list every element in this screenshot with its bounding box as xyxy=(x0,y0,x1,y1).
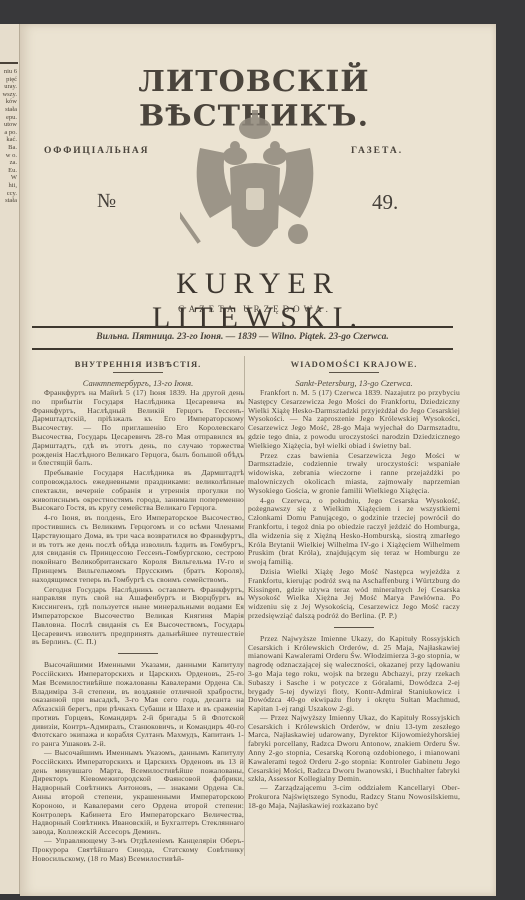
article-paragraph: Сегодня Государь Наслѣдникъ оставляетъ Ф… xyxy=(32,586,244,648)
article-separator xyxy=(334,627,374,628)
edge-line: wszy. xyxy=(0,91,20,99)
edge-line: epu. xyxy=(0,114,20,122)
newspaper-page: ЛИТОВСКІЙ ВѢСТНИКЪ. ОФФИЦІАЛЬНАЯ ГАЗЕТА.… xyxy=(20,24,496,896)
article-paragraph: Высочайшими Именными Указами, данными Ка… xyxy=(32,661,244,749)
article-paragraph: Dzisia Wielki Xiążę Jego Mość Następca w… xyxy=(248,568,460,621)
article-paragraph: — Przez Najwyższy Imienny Ukaz, do Kapit… xyxy=(248,714,460,784)
article-paragraph: — Управляющему 3-мъ Отдѣленіемъ Канцеляр… xyxy=(32,837,244,863)
double-headed-eagle-icon xyxy=(180,108,330,268)
edge-line: uray. xyxy=(0,83,20,91)
edge-line: W xyxy=(0,174,20,182)
previous-page-rule xyxy=(0,62,18,64)
edge-line: za. xyxy=(0,159,20,167)
dateline-top-rule xyxy=(32,326,453,328)
article-paragraph: Przez Najwyższe Imienne Ukazy, do Kapitu… xyxy=(248,635,460,714)
article-paragraph: Przez czas bawienia Cesarzewicza Jego Mo… xyxy=(248,452,460,496)
issue-number-label: № xyxy=(97,190,116,213)
previous-page-edge: niu 6 pięć uray. wszy. ków stała epu. ut… xyxy=(0,24,20,894)
article-separator xyxy=(118,653,158,654)
edge-line: ków xyxy=(0,98,20,106)
masthead-subtitle-right: ГАЗЕТА. xyxy=(351,146,403,156)
article-paragraph: 4-го Іюня, въ полдень, Его Императорское… xyxy=(32,514,244,584)
edge-line: kać. xyxy=(0,136,20,144)
russian-column: ВНУТРЕННІЯ ИЗВѢСТІЯ. Санктпетербургъ, 13… xyxy=(32,359,244,863)
edge-line: Eu. xyxy=(0,167,20,175)
edge-line: Ba. xyxy=(0,144,20,152)
edge-line: ccy. xyxy=(0,190,20,198)
previous-page-text: niu 6 pięć uray. wszy. ków stała epu. ut… xyxy=(0,68,20,205)
article-paragraph: — Zarządzającemu 3-cim oddziałem Kancell… xyxy=(248,784,460,810)
masthead-subtitle-left: ОФФИЦІАЛЬНАЯ xyxy=(44,146,149,156)
masthead-polish-title: KURYER LITEWSKI. xyxy=(68,267,448,335)
section-rule xyxy=(113,372,163,373)
article-paragraph: Франкфуртъ на Майнѣ 5 (17) Іюня 1839. На… xyxy=(32,389,244,468)
edge-line: w o. xyxy=(0,152,20,160)
edge-line: pięć xyxy=(0,76,20,84)
article-paragraph: 4-go Czerwca, o południu, Jego Cesarska … xyxy=(248,497,460,567)
article-paragraph: — Высочайшимъ Именнымъ Указомъ, даннымъ … xyxy=(32,749,244,837)
edge-line: niu 6 xyxy=(0,68,20,76)
column-divider xyxy=(244,356,245,856)
polish-column: WIADOMOŚCI KRAJOWE. Sankt-Petersburg, 13… xyxy=(248,359,460,811)
article-paragraph: Пребываніе Государя Наслѣдника въ Дармшт… xyxy=(32,469,244,513)
issue-number-value: 49. xyxy=(372,190,398,215)
masthead-polish-subtitle: GAZETA URZĘDOWA. xyxy=(130,304,380,314)
edge-line: stała xyxy=(0,197,20,205)
edge-line: stała xyxy=(0,106,20,114)
article-paragraph: Frankfort n. M. 5 (17) Czerwca 1839. Naz… xyxy=(248,389,460,451)
section-rule xyxy=(329,372,379,373)
section-title: WIADOMOŚCI KRAJOWE. xyxy=(248,359,460,369)
section-title: ВНУТРЕННІЯ ИЗВѢСТІЯ. xyxy=(32,359,244,369)
dateline: Вильна. Пятница. 23-го Іюня. — 1839 — Wi… xyxy=(32,332,453,342)
place-date: Санктпетербургъ, 13-го Іюня. xyxy=(32,378,244,388)
edge-line: utow xyxy=(0,121,20,129)
edge-line: hii, xyxy=(0,182,20,190)
dateline-bottom-rule xyxy=(32,348,453,350)
edge-line: a po. xyxy=(0,129,20,137)
place-date: Sankt-Petersburg, 13-go Czerwca. xyxy=(248,378,460,388)
